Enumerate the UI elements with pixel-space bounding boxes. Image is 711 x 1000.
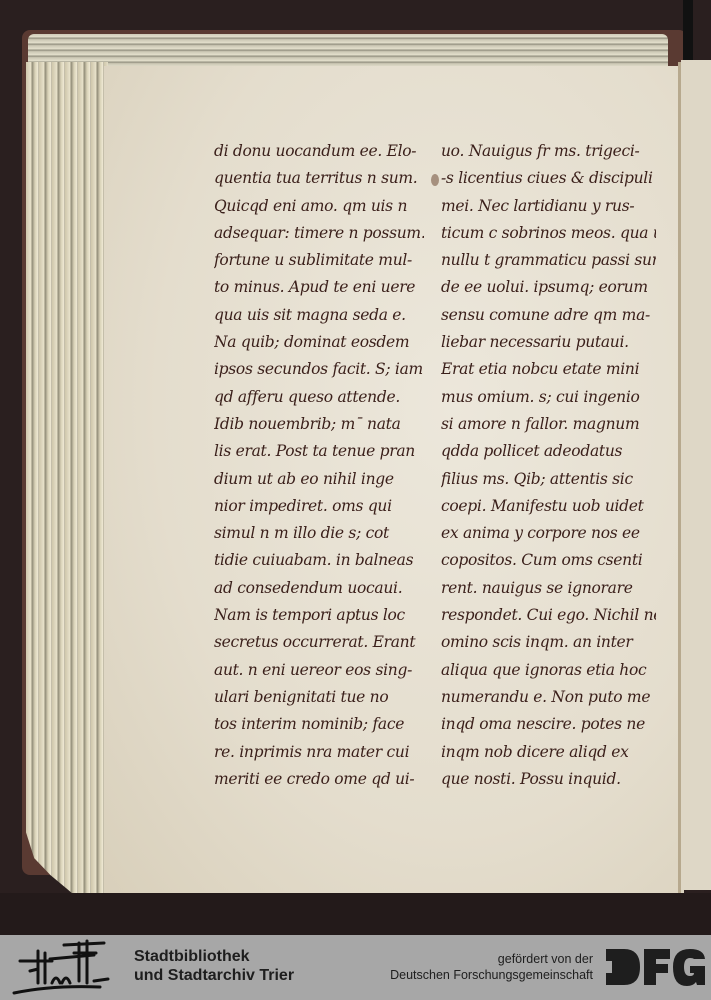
funding-line-1: gefördert von der bbox=[390, 951, 593, 967]
manuscript-line: filius ms. Qib; attentis sic bbox=[441, 466, 656, 493]
manuscript-line: di donu uocandum ee. Elo- bbox=[214, 138, 424, 165]
institution-line-1: Stadtbibliothek bbox=[134, 947, 294, 966]
footer-banner: Stadtbibliothek und Stadtarchiv Trier ge… bbox=[0, 935, 711, 1000]
manuscript-line: qd afferu queso attende. bbox=[214, 384, 424, 411]
manuscript-line: Nam is tempori aptus loc bbox=[214, 602, 424, 629]
manuscript-line: numerandu e. Non puto me bbox=[441, 684, 656, 711]
manuscript-line: re. inprimis nra mater cui bbox=[214, 739, 424, 766]
manuscript-line: ad consedendum uocaui. bbox=[214, 575, 424, 602]
manuscript-line: rent. nauigus se ignorare bbox=[441, 575, 656, 602]
manuscript-line: de ee uolui. ipsumq; eorum bbox=[441, 274, 656, 301]
manuscript-line: ipsos secundos facit. S; iam bbox=[214, 356, 424, 383]
manuscript-line: quentia tua territus n sum. bbox=[214, 165, 424, 192]
background-bottom bbox=[0, 893, 711, 935]
manuscript-line: que nosti. Possu inquid. bbox=[441, 766, 656, 793]
manuscript-line: nior impediret. oms qui bbox=[214, 493, 424, 520]
manuscript-line: meriti ee credo ome qd ui- bbox=[214, 766, 424, 793]
manuscript-line: Idib nouembrib; m¯ nata bbox=[214, 411, 424, 438]
manuscript-line: omino scis inqm. an inter bbox=[441, 629, 656, 656]
manuscript-line: adsequar: timere n possum. bbox=[214, 220, 424, 247]
facing-page-edge bbox=[681, 60, 711, 890]
text-column-right: uo. Nauigus fr ms. trigeci--s licentius … bbox=[441, 138, 656, 793]
manuscript-line: tos interim nominib; face bbox=[214, 711, 424, 738]
dfg-logo-icon bbox=[606, 947, 706, 987]
manuscript-line: -s licentius ciues & discipuli bbox=[441, 165, 656, 192]
spine-shadow bbox=[683, 0, 693, 60]
manuscript-line: aut. n eni uereor eos sing- bbox=[214, 657, 424, 684]
manuscript-line: qdda pollicet adeodatus bbox=[441, 438, 656, 465]
manuscript-line: inqm nob dicere aliqd ex bbox=[441, 739, 656, 766]
manuscript-line: tidie cuiuabam. in balneas bbox=[214, 547, 424, 574]
page-stack-edges bbox=[26, 62, 108, 918]
manuscript-line: aliqua que ignoras etia hoc bbox=[441, 657, 656, 684]
institution-line-2: und Stadtarchiv Trier bbox=[134, 966, 294, 985]
manuscript-line: mei. Nec lartidianu y rus- bbox=[441, 193, 656, 220]
manuscript-line: uo. Nauigus fr ms. trigeci- bbox=[441, 138, 656, 165]
manuscript-line: lis erat. Post ta tenue pran bbox=[214, 438, 424, 465]
manuscript-line: Quicqd eni amo. qm uis n bbox=[214, 193, 424, 220]
manuscript-line: ex anima y corpore nos ee bbox=[441, 520, 656, 547]
institution-name: Stadtbibliothek und Stadtarchiv Trier bbox=[134, 947, 294, 985]
funding-line-2: Deutschen Forschungsgemeinschaft bbox=[390, 967, 593, 983]
manuscript-line: sensu comune adre qm ma- bbox=[441, 302, 656, 329]
manuscript-line: to minus. Apud te eni uere bbox=[214, 274, 424, 301]
manuscript-line: nullu t grammaticu passi sunt bbox=[441, 247, 656, 274]
manuscript-line: inqd oma nescire. potes ne bbox=[441, 711, 656, 738]
text-column-left: di donu uocandum ee. Elo-quentia tua ter… bbox=[214, 138, 424, 793]
manuscript-viewer: di donu uocandum ee. Elo-quentia tua ter… bbox=[0, 0, 711, 935]
manuscript-line: mus omium. s; cui ingenio bbox=[441, 384, 656, 411]
manuscript-line: Na quib; dominat eosdem bbox=[214, 329, 424, 356]
manuscript-line: si amore n fallor. magnum bbox=[441, 411, 656, 438]
funding-credit: gefördert von der Deutschen Forschungsge… bbox=[390, 951, 593, 983]
manuscript-line: qua uis sit magna seda e. bbox=[214, 302, 424, 329]
manuscript-line: respondet. Cui ego. Nichil ne bbox=[441, 602, 656, 629]
manuscript-line: ulari benignitati tue no bbox=[214, 684, 424, 711]
manuscript-line: secretus occurrerat. Erant bbox=[214, 629, 424, 656]
manuscript-line: fortune u sublimitate mul- bbox=[214, 247, 424, 274]
manuscript-line: copositos. Cum oms csenti bbox=[441, 547, 656, 574]
ink-stain bbox=[431, 174, 439, 186]
stadtbibliothek-trier-logo-icon bbox=[12, 939, 127, 995]
manuscript-line: dium ut ab eo nihil inge bbox=[214, 466, 424, 493]
book-top-edges bbox=[28, 34, 668, 70]
manuscript-line: simul n m illo die s; cot bbox=[214, 520, 424, 547]
manuscript-line: Erat etia nobcu etate mini bbox=[441, 356, 656, 383]
manuscript-line: liebar necessariu putaui. bbox=[441, 329, 656, 356]
manuscript-line: coepi. Manifestu uob uidet bbox=[441, 493, 656, 520]
manuscript-line: ticum c sobrinos meos. qua ui bbox=[441, 220, 656, 247]
